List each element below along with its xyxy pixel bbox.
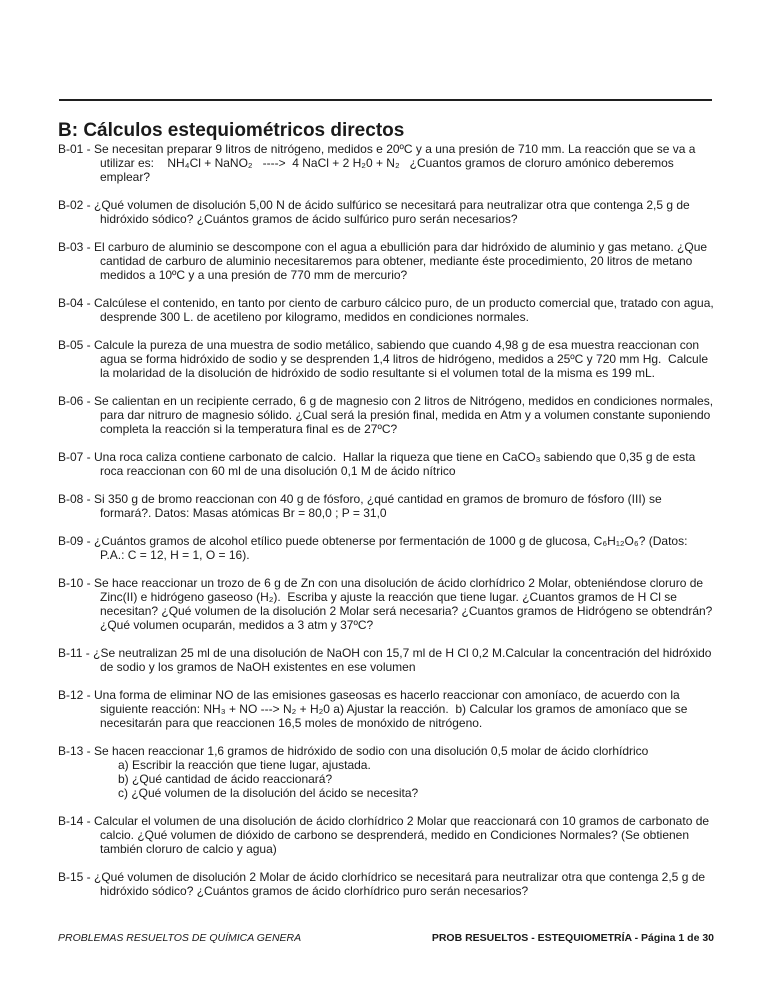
problem-id: B-03 - [58,240,94,254]
problem-text: B-11 - ¿Se neutralizan 25 ml de una diso… [58,646,714,674]
problem-body: Calcúlese el contenido, en tanto por cie… [94,296,717,324]
problem-b08: B-08 - Si 350 g de bromo reaccionan con … [58,492,714,520]
problem-b01: B-01 - Se necesitan preparar 9 litros de… [58,142,714,184]
problem-id: B-06 - [58,394,94,408]
problem-body: Se calientan en un recipiente cerrado, 6… [94,394,716,436]
problem-id: B-10 - [58,576,94,590]
footer-page-info: PROB RESUELTOS - ESTEQUIOMETRÍA - Página… [432,932,714,944]
problem-b03: B-03 - El carburo de aluminio se descomp… [58,240,714,282]
problem-body: Una roca caliza contiene carbonato de ca… [94,450,699,478]
problem-id: B-09 - [58,534,94,548]
problem-id: B-11 - [58,646,93,660]
problem-id: B-14 - [58,814,94,828]
problem-text: B-08 - Si 350 g de bromo reaccionan con … [58,492,714,520]
problem-text: B-13 - Se hacen reaccionar 1,6 gramos de… [58,744,714,758]
problem-list: B-01 - Se necesitan preparar 9 litros de… [58,142,714,912]
problem-text: B-10 - Se hace reaccionar un trozo de 6 … [58,576,714,632]
problem-b09: B-09 - ¿Cuántos gramos de alcohol etílic… [58,534,714,562]
problem-id: B-15 - [58,870,94,884]
problem-id: B-05 - [58,338,94,352]
problem-text: B-04 - Calcúlese el contenido, en tanto … [58,296,714,324]
problem-id: B-02 - [58,198,94,212]
problem-text: B-05 - Calcule la pureza de una muestra … [58,338,714,380]
problem-text: B-02 - ¿Qué volumen de disolución 5,00 N… [58,198,714,226]
subitem-b: b) ¿Qué cantidad de ácido reaccionará? [118,772,714,786]
problem-body: Calcular el volumen de una disolución de… [94,814,712,856]
problem-b14: B-14 - Calcular el volumen de una disolu… [58,814,714,856]
problem-body: Si 350 g de bromo reaccionan con 40 g de… [94,492,665,520]
footer-book-title: PROBLEMAS RESUELTOS DE QUÍMICA GENERA [58,932,301,944]
problem-id: B-08 - [58,492,94,506]
problem-text: B-14 - Calcular el volumen de una disolu… [58,814,714,856]
problem-b13: B-13 - Se hacen reaccionar 1,6 gramos de… [58,744,714,800]
problem-body: El carburo de aluminio se descompone con… [94,240,710,282]
problem-text: B-01 - Se necesitan preparar 9 litros de… [58,142,714,184]
problem-text: B-06 - Se calientan en un recipiente cer… [58,394,714,436]
problem-body: Una forma de eliminar NO de las emisione… [94,688,691,730]
problem-b12: B-12 - Una forma de eliminar NO de las e… [58,688,714,730]
problem-text: B-07 - Una roca caliza contiene carbonat… [58,450,714,478]
problem-b02: B-02 - ¿Qué volumen de disolución 5,00 N… [58,198,714,226]
problem-b15: B-15 - ¿Qué volumen de disolución 2 Mola… [58,870,714,898]
problem-body: Se necesitan preparar 9 litros de nitróg… [94,142,699,184]
problem-body: Se hace reaccionar un trozo de 6 g de Zn… [94,576,716,632]
problem-b10: B-10 - Se hace reaccionar un trozo de 6 … [58,576,714,632]
subitem-c: c) ¿Qué volumen de la disolución del áci… [118,786,714,800]
problem-b05: B-05 - Calcule la pureza de una muestra … [58,338,714,380]
problem-id: B-01 - [58,142,94,156]
problem-body: ¿Se neutralizan 25 ml de una disolución … [93,646,715,674]
problem-b11: B-11 - ¿Se neutralizan 25 ml de una diso… [58,646,714,674]
problem-body: ¿Qué volumen de disolución 2 Molar de ác… [94,870,708,898]
problem-text: B-15 - ¿Qué volumen de disolución 2 Mola… [58,870,714,898]
problem-b06: B-06 - Se calientan en un recipiente cer… [58,394,714,436]
problem-text: B-09 - ¿Cuántos gramos de alcohol etílic… [58,534,714,562]
header-rule [59,99,712,101]
problem-id: B-04 - [58,296,94,310]
problem-id: B-07 - [58,450,94,464]
problem-body: Calcule la pureza de una muestra de sodi… [94,338,711,380]
problem-subitems: a) Escribir la reacción que tiene lugar,… [58,758,714,800]
problem-id: B-13 - [58,744,94,758]
subitem-a: a) Escribir la reacción que tiene lugar,… [118,758,714,772]
problem-body: ¿Qué volumen de disolución 5,00 N de áci… [94,198,693,226]
problem-b04: B-04 - Calcúlese el contenido, en tanto … [58,296,714,324]
problem-body: ¿Cuántos gramos de alcohol etílico puede… [94,534,691,562]
problem-id: B-12 - [58,688,94,702]
page-title: B: Cálculos estequiométricos directos [58,120,404,142]
problem-text: B-03 - El carburo de aluminio se descomp… [58,240,714,282]
page-footer: PROBLEMAS RESUELTOS DE QUÍMICA GENERA PR… [58,932,714,944]
problem-b07: B-07 - Una roca caliza contiene carbonat… [58,450,714,478]
document-page: B: Cálculos estequiométricos directos B-… [0,0,768,994]
problem-text: B-12 - Una forma de eliminar NO de las e… [58,688,714,730]
problem-body: Se hacen reaccionar 1,6 gramos de hidróx… [94,744,648,758]
